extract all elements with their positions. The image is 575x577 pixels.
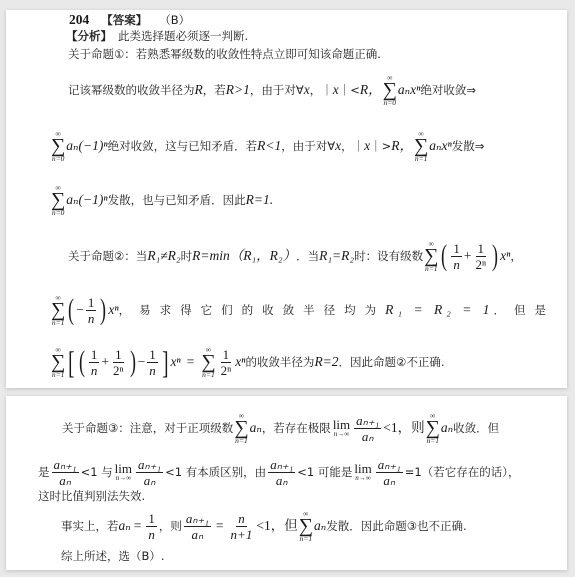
denominator: aₙ [360,429,376,443]
math-R: R， [391,138,413,154]
text: 关于命题②：当 [68,248,147,264]
text: 绝对收敛，这与已知矛盾．若 [108,138,258,154]
denominator: n [146,527,157,541]
fraction: 1 n [146,512,157,541]
denominator: 2ⁿ [474,257,489,271]
math-R: R， [360,82,382,98]
numerator: 1 [221,348,232,363]
sum-lower: n=1 [425,265,438,273]
text: 发散．因此命题③也不正确. [326,518,466,534]
sum-lower: n=1 [52,371,65,379]
fraction: aₙ₊₁ aₙ [268,458,295,487]
denominator: 2ⁿ [219,363,234,377]
text: ｜< [339,82,360,98]
math-R-lt-1: R<1 [257,138,281,154]
numerator: n [236,512,247,527]
sum-lower: n=0 [52,209,65,217]
math-R: R [195,82,203,98]
denominator: n [147,363,158,377]
text: 发散，也与已知矛盾．因此 [108,192,246,208]
fraction: 1 n [89,348,100,377]
numerator: 1 [476,242,487,257]
math-xn: xⁿ [108,302,118,318]
denominator: aₙ [190,527,206,541]
numerator: aₙ₊₁ [376,458,403,473]
lim-sub: n→∞ [334,431,350,438]
text: ，由于对∀ [250,82,304,98]
fraction: 1 2ⁿ [474,242,489,271]
prop2-line-2: ∞ ∑ n=1 ( − 1 n ) xⁿ ，易求得它们的收敛半径均为 R₁ = … [50,290,555,330]
text: <1 与 [81,464,113,480]
numerator: aₙ₊₁ [354,414,381,429]
answer-label: 【答案】 [101,12,147,28]
prop1-line-1: 记该幂级数的收敛半径为 R ，若 R>1 ，由于对∀ x ，｜ x ｜< R， … [68,72,476,108]
numerator: 1 [89,348,100,363]
denominator: n [86,311,97,325]
math-R1-neq-R2: R₁≠R₂ [147,248,180,264]
text: ，｜ [310,82,333,98]
fraction: 1 2ⁿ [111,348,126,377]
fraction: aₙ₊₁ aₙ [136,458,163,487]
prop3-line-3: 这时比值判别法失效. [38,488,145,504]
sum-symbol: ∞ ∑ n=1 [51,346,65,379]
sum-lower: n=1 [300,535,313,543]
math-term: aₙ(−1)ⁿ [66,138,107,154]
fraction: aₙ₊₁ aₙ [184,512,211,541]
sum-symbol: ∞ ∑ n=0 [51,130,65,163]
op: = [187,354,195,370]
fraction: 1 n [147,348,158,377]
math-R-eq-1: R=1. [246,192,273,208]
denominator: aₙ [57,473,73,487]
text: 绝对收敛⇒ [420,82,476,98]
document-page-2: 关于命题③：注意，对于正项级数 ∞ ∑ n=1 aₙ ，若存在极限 lim n→… [6,396,567,570]
analysis-label: 【分析】 [66,28,112,44]
text: ，｜ [341,138,364,154]
sum-lower: n=1 [415,155,428,163]
sum-lower: n=1 [52,319,65,327]
numerator: 1 [146,512,157,527]
fraction: 1 n [86,296,97,325]
sum-lower: n=0 [52,155,65,163]
math-term: aₙxⁿ [429,138,451,154]
denominator: 2ⁿ [111,363,126,377]
prop1-line-2: ∞ ∑ n=0 aₙ(−1)ⁿ 绝对收敛，这与已知矛盾．若 R<1 ，由于对∀ … [50,128,484,164]
math-R-min: R=min（R₁，R₂） [192,248,296,264]
sum-symbol: ∞ ∑ n=1 [299,510,313,543]
analysis-line: 【分析】 此类选择题必须逐一判断. [66,28,248,44]
text: 发散⇒ [452,138,485,154]
math-R1-R2: R₁ = R₂ = 1 [385,302,493,318]
prop3-line-2: 是 aₙ₊₁ aₙ <1 与 lim n→∞ aₙ₊₁ aₙ <1 有本质区别，… [38,454,519,490]
math-an: aₙ [119,518,131,534]
prop1-intro: 关于命题①：若熟悉幂级数的收敛性特点立即可知该命题正确. [68,46,381,62]
sum-lower: n=1 [426,437,439,445]
prop3-line-4: 事实上，若 aₙ = 1 n ，则 aₙ₊₁ aₙ = n n+1 <1，但 ∞… [61,506,467,546]
sum-symbol: ∞ ∑ n=1 [201,346,215,379]
math-an: aₙ [314,518,326,534]
limit: lim n→∞ [354,462,371,482]
text: 是 [38,464,50,480]
text: 的收敛半径为 [245,354,314,370]
math-R1-eq-R2: R₁=R₂ [319,248,354,264]
fraction: aₙ₊₁ aₙ [376,458,403,487]
text: ｜> [370,138,391,154]
denominator: aₙ [381,473,397,487]
denominator: aₙ [142,473,158,487]
fraction: aₙ₊₁ aₙ [354,414,381,443]
text: ，则 [159,518,182,534]
numerator: aₙ₊₁ [268,458,295,473]
limit: lim n→∞ [115,462,132,482]
op: + [464,248,472,264]
text: 事实上，若 [61,518,119,534]
math-term: aₙ(−1)ⁿ [66,192,107,208]
op: = [216,518,224,534]
op: − [76,302,84,318]
denominator: aₙ [274,473,290,487]
math-R-eq-2: R=2 [314,354,338,370]
fraction: aₙ₊₁ aₙ [52,458,79,487]
fraction: 1 2ⁿ [219,348,234,377]
fraction: 1 n [451,242,462,271]
math-an: aₙ [250,420,262,436]
numerator: aₙ₊₁ [184,512,211,527]
text: ，由于对∀ [281,138,335,154]
text: ，易求得它们的收敛半径均为 [119,302,386,318]
text: <1 可能是 [297,464,352,480]
text: ，若 [203,82,226,98]
text: 记该幂级数的收敛半径为 [68,82,195,98]
document-page-1: 204 【答案】 （B） 【分析】 此类选择题必须逐一判断. 关于命题①：若熟悉… [6,10,567,388]
text: ．当 [296,248,319,264]
sum-symbol: ∞ ∑ n=1 [414,130,428,163]
numerator: aₙ₊₁ [52,458,79,473]
prop1-intro-text: 关于命题①：若熟悉幂级数的收敛性特点立即可知该命题正确. [68,46,381,62]
prop2-line-3: ∞ ∑ n=1 [ ( 1 n + 1 2ⁿ ) − 1 n ] xⁿ = ∞ … [50,340,445,384]
math-an: aₙ [441,420,453,436]
prop2-line-1: 关于命题②：当 R₁≠R₂ 时 R=min（R₁，R₂） ．当 R₁=R₂ 时：… [68,236,522,276]
math-term: aₙxⁿ [398,82,420,98]
numerator: 1 [147,348,158,363]
text: <1，则 [383,420,424,436]
conclusion-text: 综上所述，选（B）. [61,548,165,564]
answer-value: （B） [159,12,190,28]
numerator: aₙ₊₁ [136,458,163,473]
numerator: 1 [113,348,124,363]
numerator: 1 [86,296,97,311]
text: ，若存在极限 [262,420,331,436]
sum-lower: n=1 [202,371,215,379]
op: − [138,354,146,370]
text: 收敛．但 [453,420,499,436]
analysis-text: 此类选择题必须逐一判断. [118,28,248,44]
text: 时：设有级数 [354,248,423,264]
lim-sub: n→∞ [116,475,132,482]
text: =1（若它存在的话）， [405,464,520,480]
lim-sub: n→∞ [355,475,371,482]
sum-symbol: ∞ ∑ n=0 [383,74,397,107]
answer-header: 204 【答案】 （B） [69,12,190,28]
text: <1 有本质区别，由 [165,464,266,480]
numerator: 1 [451,242,462,257]
math-R-gt-1: R>1 [226,82,250,98]
problem-number: 204 [69,12,89,28]
denominator: n [451,257,462,271]
sum-symbol: ∞ ∑ n=1 [426,412,440,445]
text: 这时比值判别法失效. [38,488,145,504]
limit: lim n→∞ [333,418,350,438]
sum-symbol: ∞ ∑ n=1 [51,294,65,327]
op: = [134,518,142,534]
text: 关于命题③：注意，对于正项级数 [62,420,233,436]
prop1-line-3: ∞ ∑ n=0 aₙ(−1)ⁿ 发散，也与已知矛盾．因此 R=1. [50,182,273,218]
sum-symbol: ∞ ∑ n=1 [234,412,248,445]
conclusion-line: 综上所述，选（B）. [61,548,165,564]
sum-lower: n=0 [383,99,396,107]
fraction: n n+1 [229,512,255,541]
denominator: n+1 [229,527,255,541]
sum-lower: n=1 [235,437,248,445]
denominator: n [89,363,100,377]
math-xn: xⁿ [170,354,180,370]
sum-symbol: ∞ ∑ n=0 [51,184,65,217]
text: 时 [181,248,193,264]
text: <1，但 [256,518,297,534]
math-xn: xⁿ [235,354,245,370]
text: ， [510,248,522,264]
prop3-line-1: 关于命题③：注意，对于正项级数 ∞ ∑ n=1 aₙ ，若存在极限 lim n→… [62,410,499,446]
text: ．但是 [494,302,556,318]
sum-symbol: ∞ ∑ n=1 [424,240,438,273]
op: + [101,354,109,370]
math-xn: xⁿ [500,248,510,264]
text: ．因此命题②不正确. [339,354,445,370]
